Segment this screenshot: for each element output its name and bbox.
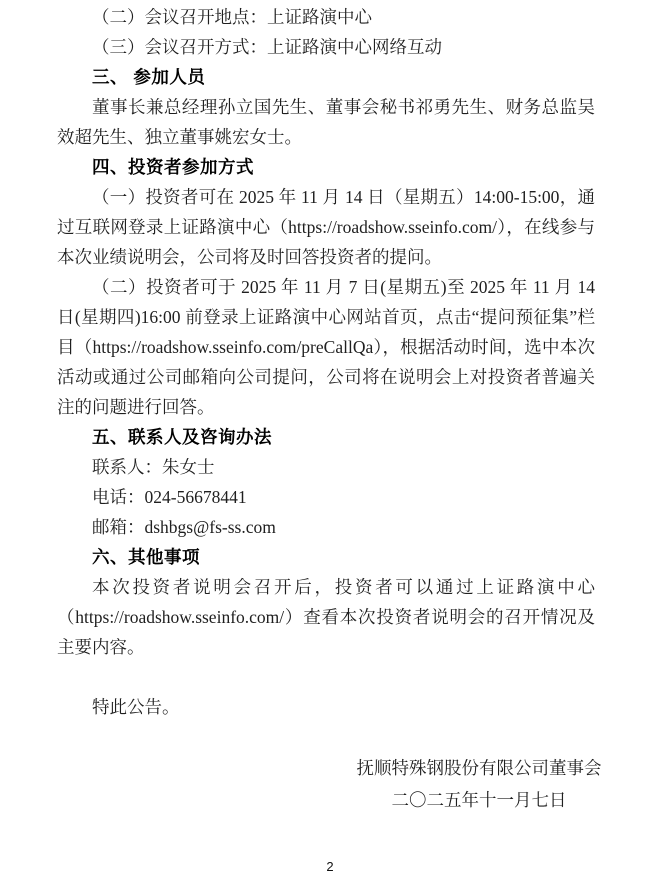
para-contact-email: 邮箱：dshbgs@fs-ss.com [57, 512, 595, 542]
heading-section-contact: 五、联系人及咨询办法 [57, 422, 595, 452]
heading-section-participants: 三、 参加人员 [57, 62, 595, 92]
signature-company: 抚顺特殊钢股份有限公司董事会 [339, 752, 619, 784]
page-number: 2 [0, 859, 660, 874]
para-closing-statement: 特此公告。 [57, 692, 595, 722]
document-body: （二）会议召开地点：上证路演中心 （三）会议召开方式：上证路演中心网络互动 三、… [0, 0, 660, 816]
para-meeting-method: （三）会议召开方式：上证路演中心网络互动 [57, 32, 595, 62]
para-contact-person: 联系人：朱女士 [57, 452, 595, 482]
para-other-notes: 本次投资者说明会召开后，投资者可以通过上证路演中心（https://roadsh… [57, 572, 595, 662]
para-contact-phone: 电话：024-56678441 [57, 482, 595, 512]
heading-section-investor-participation: 四、投资者参加方式 [57, 152, 595, 182]
para-meeting-location: （二）会议召开地点：上证路演中心 [57, 2, 595, 32]
signature-date: 二〇二五年十一月七日 [339, 784, 619, 816]
para-participation-item-1: （一）投资者可在 2025 年 11 月 14 日（星期五）14:00-15:0… [57, 182, 595, 272]
heading-section-other: 六、其他事项 [57, 542, 595, 572]
document-page: （二）会议召开地点：上证路演中心 （三）会议召开方式：上证路演中心网络互动 三、… [0, 0, 660, 884]
para-participation-item-2: （二）投资者可于 2025 年 11 月 7 日(星期五)至 2025 年 11… [57, 272, 595, 422]
signature-block: 抚顺特殊钢股份有限公司董事会 二〇二五年十一月七日 [339, 752, 619, 816]
para-participants: 董事长兼总经理孙立国先生、董事会秘书祁勇先生、财务总监吴效超先生、独立董事姚宏女… [57, 92, 595, 152]
